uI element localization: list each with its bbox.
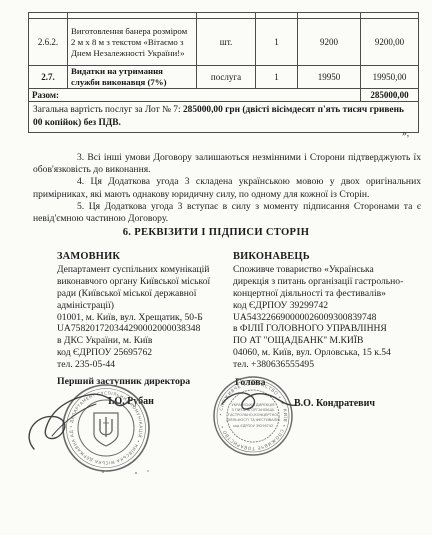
contractor-phone: тел. +380636555495 — [233, 359, 428, 371]
customer-edrpou: код ЄДРПОУ 25695762 — [57, 347, 239, 359]
customer-phone: тел. 235-05-44 — [57, 359, 239, 371]
contractor-line: Споживче товариство «Українська — [233, 264, 428, 276]
total-value: 285000,00 — [361, 89, 419, 102]
cell-price: 9200 — [298, 19, 361, 66]
cell-price: 19950 — [298, 66, 361, 89]
svg-text:УКРАЇНСЬКА ДИРЕКЦІЯ: УКРАЇНСЬКА ДИРЕКЦІЯ — [231, 402, 275, 407]
contractor-stamp-inner-text: УКРАЇНСЬКА ДИРЕКЦІЯ З ПИТАНЬ ОРГАНІЗАЦІЇ… — [226, 402, 280, 428]
customer-line: ради (Київської міської державної — [57, 288, 239, 300]
customer-line: 01001, м. Київ, вул. Хрещатик, 50-Б — [57, 312, 239, 324]
cell-quantity: 1 — [256, 19, 298, 66]
customer-line: виконавчого органу Київської міської — [57, 276, 239, 288]
table-row: 2.7. Видатки на утримання служби виконав… — [29, 66, 419, 89]
cell-quantity: 1 — [256, 66, 298, 89]
cell-unit: шт. — [197, 19, 256, 66]
customer-line: адміністрації) — [57, 300, 239, 312]
contractor-line: ПО АТ "ОЩАДБАНК" М.КИЇВ — [233, 335, 428, 347]
customer-line: Департамент суспільних комунікацій — [57, 264, 239, 276]
cell-unit: послуга — [197, 66, 256, 89]
items-table: 2.6.2. Виготовлення банера розміром 2 м … — [28, 12, 419, 133]
table-total-row: Разом: 285000,00 — [29, 89, 419, 102]
table-summary-row: Загальна вартість послуг за Лот № 7: 285… — [29, 102, 419, 133]
clause-3: 3. Всі інші умови Договору залишаються н… — [33, 152, 421, 176]
contractor-line: дирекція з питань організації гастрольно… — [233, 276, 428, 288]
contractor-edrpou: код ЄДРПОУ 39299742 — [233, 300, 428, 312]
cell-item-number: 2.7. — [29, 66, 68, 89]
contractor-line: концертної діяльності та фестивалів» — [233, 288, 428, 300]
customer-iban: UA758201720344290002000038348 — [57, 323, 239, 335]
contractor-iban: UA543226690000026009300839748 — [233, 312, 428, 324]
svg-text:З ПИТАНЬ ОРГАНІЗАЦІЇ: З ПИТАНЬ ОРГАНІЗАЦІЇ — [232, 407, 276, 412]
customer-round-stamp: • ДЕПАРТАМЕНТ СУСПІЛЬНИХ КОМУНІКАЦІЙ • К… — [60, 384, 152, 476]
customer-role-label: ЗАМОВНИК — [57, 251, 239, 263]
cell-description: Видатки на утримання служби виконавця (7… — [68, 66, 197, 89]
contract-clauses: 3. Всі інші умови Договору залишаються н… — [33, 152, 421, 225]
summary-cell: Загальна вартість послуг за Лот № 7: 285… — [29, 102, 419, 133]
contractor-line: в ФІЛІЇ ГОЛОВНОГО УПРАВЛІННЯ — [233, 323, 428, 335]
svg-text:ГАСТРОЛЬНО-КОНЦЕРТНОЇ: ГАСТРОЛЬНО-КОНЦЕРТНОЇ — [228, 412, 279, 417]
cell-item-number: 2.6.2. — [29, 19, 68, 66]
table-row: 2.6.2. Виготовлення банера розміром 2 м … — [29, 19, 419, 66]
svg-text:ДІЯЛЬНОСТІ ТА ФЕСТИВАЛІВ: ДІЯЛЬНОСТІ ТА ФЕСТИВАЛІВ — [226, 418, 280, 422]
cell-total: 9200,00 — [361, 19, 419, 66]
contractor-details: ВИКОНАВЕЦЬ Споживче товариство «Українсь… — [233, 251, 428, 371]
contractor-line: 04060, м. Київ, вул. Орловська, 15 к.54 — [233, 347, 428, 359]
contractor-round-stamp: • СПОЖИВЧЕ ТОВАРИСТВО • м. КИЇВ • СПОЖИВ… — [213, 376, 293, 456]
summary-text-regular: Загальна вартість послуг за Лот № 7: — [33, 105, 183, 115]
customer-line: в ДКС України, м. Київ — [57, 335, 239, 347]
svg-text:код ЄДРПОУ 39299742: код ЄДРПОУ 39299742 — [233, 424, 273, 428]
total-label: Разом: — [29, 89, 361, 102]
customer-details: ЗАМОВНИК Департамент суспільних комуніка… — [57, 251, 239, 371]
scanned-contract-page: 2.6.2. Виготовлення банера розміром 2 м … — [0, 0, 432, 535]
contractor-signer-name: В.О. Кондратевич — [294, 398, 375, 409]
stray-quote-mark: », — [402, 129, 409, 139]
customer-stamp-ring-text: • ДЕПАРТАМЕНТ СУСПІЛЬНИХ КОМУНІКАЦІЙ • К… — [60, 384, 144, 466]
clause-5: 5. Ця Додаткова угода 3 вступає в силу з… — [33, 201, 421, 225]
section-heading: 6. РЕКВІЗИТИ І ПІДПИСИ СТОРІН — [0, 227, 432, 238]
cell-description: Виготовлення банера розміром 2 м х 8 м з… — [68, 19, 197, 66]
trident-emblem-icon — [94, 413, 118, 446]
clause-4: 4. Ця Додаткова угода 3 складена українс… — [33, 176, 421, 200]
contractor-role-label: ВИКОНАВЕЦЬ — [233, 251, 428, 263]
cell-total: 19950,00 — [361, 66, 419, 89]
